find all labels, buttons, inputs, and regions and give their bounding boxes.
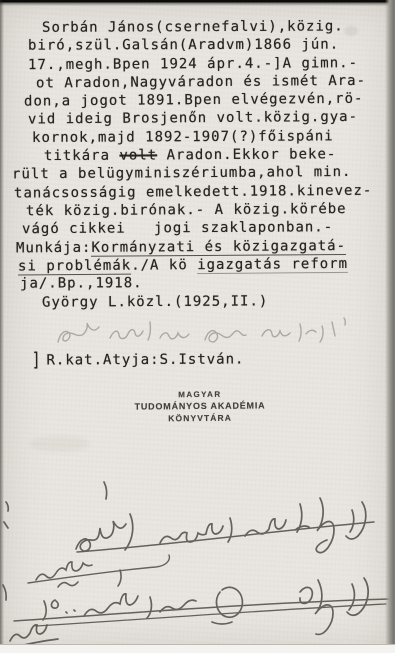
handwritten-note-crossed-2 — [28, 555, 169, 587]
card-edge-left — [0, 0, 4, 653]
catalog-card: Sorbán János(csernefalvi),közig. biró,sz… — [0, 0, 395, 653]
handwritten-note-crossed-1 — [76, 482, 374, 553]
card-edge-top — [0, 0, 395, 6]
pencil-note-annotation — [58, 318, 345, 342]
handwritten-annotations-layer — [0, 0, 395, 653]
handwritten-note-crossed-3 — [14, 578, 390, 634]
card-edge-right — [385, 0, 395, 653]
handwritten-mark-bottom-left — [3, 502, 58, 648]
card-edge-bottom — [0, 644, 395, 653]
